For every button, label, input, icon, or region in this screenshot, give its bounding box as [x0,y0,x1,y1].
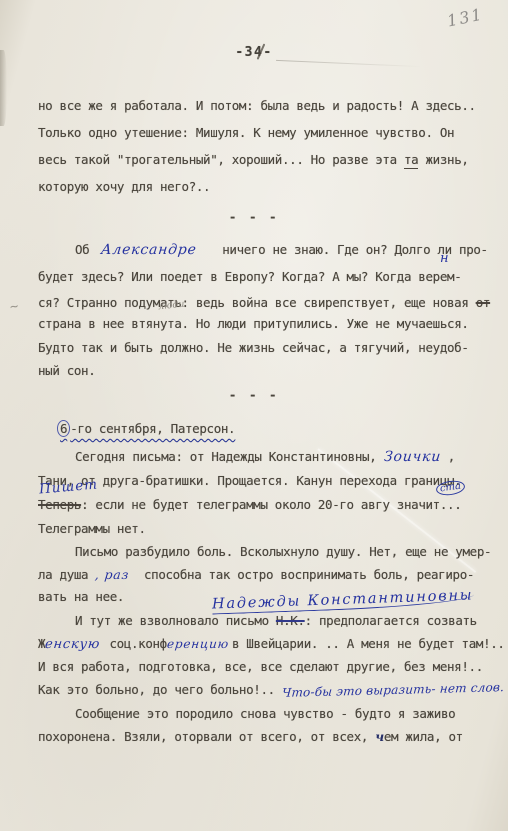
typed-text: притупились. Уже не мучаешься. [246,316,468,331]
typed-text: но все же я работала. И потом: была ведь… [38,98,476,113]
handwritten-letter-insertion: н [440,251,449,266]
typed-line: весь такой "трогательный", хороший... Но… [38,151,469,169]
typed-text: способна так остро воспринимать боль, ре… [130,567,474,582]
typed-line: ся? Странно подумать: ведь война все сви… [38,294,490,312]
typed-text: ем- [440,269,462,284]
typed-text: Телеграммы нет. [38,521,146,536]
typed-line: похоронена. Взяли, оторвали от всего, от… [38,728,463,746]
handwritten-overwritten-letter: ч [375,729,384,744]
typed-text: Как это больно, до чего больно!.. [38,682,282,697]
typed-text: ный сон. [38,363,95,378]
annotated-word: люди [217,316,246,331]
page-number: -34- [235,45,272,60]
typed-text: весь такой "трогательный", хороший... Но… [38,152,404,167]
section-separator: - - - [229,208,279,226]
handwritten-name: Александре [100,243,197,257]
typed-line: Тани, от друга-братишки. Прощается. Кану… [38,472,461,490]
underlined-word: та [404,152,418,169]
wavy-underlined-heading: 6-го сентября, Патерсон. [57,420,235,437]
typed-text: которую хочу для него?.. [38,179,210,194]
typed-text: ся? Странно подумать: ведь война все сви… [38,295,476,310]
struck-word: от [476,295,490,310]
typed-line: вать на нее. [38,588,124,606]
typed-text: похоронена. Взяли, оторвали от всего, от… [38,729,375,744]
handwritten-word-part: еренцию [166,637,230,651]
typed-line: будет здесь? Или поедет в Европу? Когда?… [38,268,461,286]
typed-text: И тут же взволновало письмо [75,613,276,628]
typed-text: в Швейцарии. .. А меня не будет там!.. [232,636,505,651]
typed-text: жизнь, [418,152,468,167]
typed-line: И вся работа, подготовка, все, все сдела… [38,658,483,676]
typed-line: Женскую соц.конференциюв Швейцарии. .. А… [38,635,505,653]
handwritten-word-part: енскую [44,638,101,652]
typed-line: Об Александреничего не знаю. Где он? Дол… [75,241,488,259]
section-separator: - - - [229,386,279,404]
typed-text: Будто так и быть должно. Не жизнь сейчас… [38,340,469,355]
typed-text: И вся работа, подготовка, все, все сдела… [38,659,483,674]
typed-text: ем жила, от [384,729,463,744]
date-heading: 6-го сентября, Патерсон. [57,420,235,438]
typed-text: Об [75,242,97,257]
handwritten-insertion: , раз [95,568,131,582]
typed-line: ный сон. [38,362,95,380]
typed-text: Сообщение это породило снова чувство - б… [75,706,455,721]
typed-line: Сообщение это породило снова чувство - б… [75,705,455,723]
typed-text: вать на нее. [38,589,124,604]
typed-text: Тани, от друга-братишки. Прощается. Кану… [38,473,461,488]
typed-line: Только одно утешение: Мишуля. К нему уми… [38,124,454,142]
typed-line: ла душа , раз способна так остро восприн… [38,566,474,584]
typed-text: значит... [390,497,462,512]
typed-text: -го сентября, Патерсон. [70,421,235,436]
typed-text: : предполагается созвать [305,613,477,628]
typed-line: страна в нее втянута. Но люди притупилис… [38,315,469,333]
scanned-document-page: 131 -34- ~ но все же я работала. И потом… [0,0,508,831]
typed-line: которую хочу для него?.. [38,178,210,196]
typed-text: Письмо разбудило боль. Всколыхнуло душу.… [75,544,491,559]
margin-pencil-mark: ~ [9,298,20,315]
typed-text: , [441,449,455,464]
pencil-stroke-sweep [276,60,421,67]
typed-line: Теперь: если не будет телеграммы около 2… [38,496,461,514]
typed-text: соц.конф [102,636,167,651]
scan-edge-smudge [0,50,7,126]
typed-line: Как это больно, до чего больно!.. Что-бы… [38,681,504,699]
typed-line: Будто так и быть должно. Не жизнь сейчас… [38,339,469,357]
typed-text: Сегодня письма: от Надежды Константиновн… [75,449,384,464]
typed-line: Телеграммы нет. [38,520,146,538]
corner-page-number: 131 [445,4,485,30]
typed-text: : если не будет телеграммы около 20-го а… [81,497,390,512]
typed-text: Только одно утешение: Мишуля. К нему уми… [38,125,454,140]
typed-line: Сегодня письма: от Надежды Константиновн… [75,448,455,466]
typed-text: будет здесь? Или поедет в Европу? Когда?… [38,269,440,284]
typed-line: Письмо разбудило боль. Всколыхнуло душу.… [75,543,491,561]
typed-text: ла душа [38,567,95,582]
handwritten-correction: Надежды Константиновны [212,587,474,614]
struck-word: Теперь [38,497,81,512]
handwritten-remark: Что-бы это выразить- нет слов. [281,680,504,700]
typed-line: И тут же взволновало письмо Н.К.: предпо… [75,612,477,630]
typed-text: страна в нее втянута. Но [38,316,217,331]
typed-line: но все же я работала. И потом: была ведь… [38,97,476,115]
struck-initials: Н.К. [276,613,305,628]
circled-digit: 6 [57,420,70,437]
handwritten-name: Зоички [383,450,442,464]
